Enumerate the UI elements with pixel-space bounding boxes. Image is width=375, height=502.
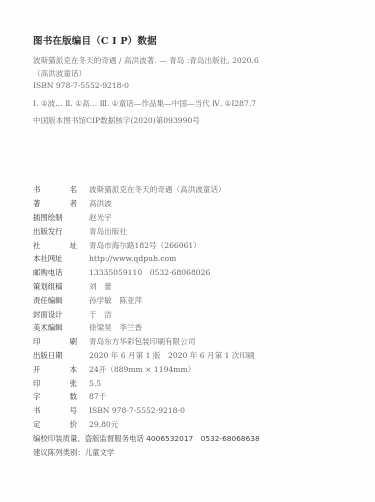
detail-value: 青岛出版社 <box>89 226 127 237</box>
detail-label: 出版日期 <box>33 350 89 361</box>
detail-label: 邮购电话 <box>33 267 89 278</box>
detail-value: 29.80元 <box>89 419 118 430</box>
detail-row-responsible-editor: 责任编辑 孙学敏 陈亚萍 <box>33 293 333 307</box>
detail-value: 青岛市海尔路182号（266061） <box>89 240 201 251</box>
detail-row-illustrator: 插图绘制 赵光宇 <box>33 211 333 225</box>
detail-row-address: 社址 青岛市海尔路182号（266061） <box>33 238 333 252</box>
detail-value: 高洪波 <box>89 198 112 209</box>
detail-row-publisher: 出版发行 青岛出版社 <box>33 224 333 238</box>
detail-value: 赵光宇 <box>89 212 112 223</box>
detail-label: 封面设计 <box>33 309 89 320</box>
detail-row-mail-order-phone: 邮购电话 13335059110 0532-68068026 <box>33 266 333 280</box>
shelving-category: 建议陈列类别：儿童文学 <box>33 447 114 458</box>
detail-row-author: 著者 高洪波 <box>33 197 333 211</box>
detail-value: 于 洁 <box>89 309 112 320</box>
detail-label: 美术编辑 <box>33 322 89 333</box>
quality-hotline: 编校印装质量、盗版监督服务电话 4006532017 0532-68068638 <box>33 433 260 444</box>
detail-label: 责任编辑 <box>33 295 89 306</box>
detail-row-website: 本社网址 http://www.qdpub.com <box>33 252 333 266</box>
cip-bibliographic-line: 波斯猫派克在冬天的奇遇 / 高洪波著. — 青岛 :青岛出版社, 2020.6 <box>33 55 259 66</box>
detail-value: http://www.qdpub.com <box>89 254 176 263</box>
detail-label: 本社网址 <box>33 253 89 264</box>
copyright-page: 图书在版编目（C I P）数据 波斯猫派克在冬天的奇遇 / 高洪波著. — 青岛… <box>0 0 375 502</box>
detail-label: 社址 <box>33 240 89 251</box>
detail-row-price: 定价 29.80元 <box>33 418 333 432</box>
cip-series-line: （高洪波童话） <box>33 68 86 79</box>
detail-label: 书名 <box>33 184 89 195</box>
detail-value: 刘 蕾 <box>89 281 112 292</box>
detail-label: 开本 <box>33 364 89 375</box>
detail-value: 13335059110 0532-68068026 <box>89 267 210 278</box>
detail-value: 87千 <box>89 391 106 402</box>
detail-row-planning-editor: 策划组稿 刘 蕾 <box>33 280 333 294</box>
detail-label: 字数 <box>33 391 89 402</box>
publication-details: 书名 波斯猫派克在冬天的奇遇（高洪波童话） 著者 高洪波 插图绘制 赵光宇 出版… <box>33 183 333 431</box>
detail-value: ISBN 978-7-5552-9218-0 <box>89 406 185 415</box>
detail-value: 徐梁昊 李兰香 <box>89 322 142 333</box>
detail-value: 5.5 <box>89 379 101 388</box>
detail-value: 波斯猫派克在冬天的奇遇（高洪波童话） <box>89 184 226 195</box>
detail-label: 出版发行 <box>33 226 89 237</box>
detail-row-cover-design: 封面设计 于 洁 <box>33 307 333 321</box>
cip-record-number-line: 中国版本图书馆CIP数据核字(2020)第093990号 <box>33 115 200 126</box>
cip-isbn-line: ISBN 978-7-5552-9218-0 <box>33 81 129 90</box>
detail-row-publish-date: 出版日期 2020 年 6 月第 1 版 2020 年 6 月第 1 次印刷 <box>33 349 333 363</box>
detail-value: 24开（889mm × 1194mm） <box>89 364 195 375</box>
detail-row-word-count: 字数 87千 <box>33 390 333 404</box>
detail-value: 青岛东方华彩包装印刷有限公司 <box>89 336 195 347</box>
detail-label: 印刷 <box>33 336 89 347</box>
cip-heading: 图书在版编目（C I P）数据 <box>33 33 157 47</box>
detail-label: 插图绘制 <box>33 212 89 223</box>
cip-classification-line: Ⅰ. ①波… Ⅱ. ①高… Ⅲ. ①童话—作品集—中国—当代 Ⅳ. ①I287.… <box>33 98 256 109</box>
detail-row-art-editor: 美术编辑 徐梁昊 李兰香 <box>33 321 333 335</box>
detail-label: 定价 <box>33 419 89 430</box>
detail-row-format: 开本 24开（889mm × 1194mm） <box>33 362 333 376</box>
detail-row-isbn: 书号 ISBN 978-7-5552-9218-0 <box>33 404 333 418</box>
detail-value: 2020 年 6 月第 1 版 2020 年 6 月第 1 次印刷 <box>89 350 255 361</box>
detail-row-printer: 印刷 青岛东方华彩包装印刷有限公司 <box>33 335 333 349</box>
detail-label: 著者 <box>33 198 89 209</box>
detail-label: 策划组稿 <box>33 281 89 292</box>
detail-row-title: 书名 波斯猫派克在冬天的奇遇（高洪波童话） <box>33 183 333 197</box>
detail-label: 书号 <box>33 405 89 416</box>
detail-value: 孙学敏 陈亚萍 <box>89 295 142 306</box>
detail-row-printed-sheets: 印张 5.5 <box>33 376 333 390</box>
detail-label: 印张 <box>33 378 89 389</box>
